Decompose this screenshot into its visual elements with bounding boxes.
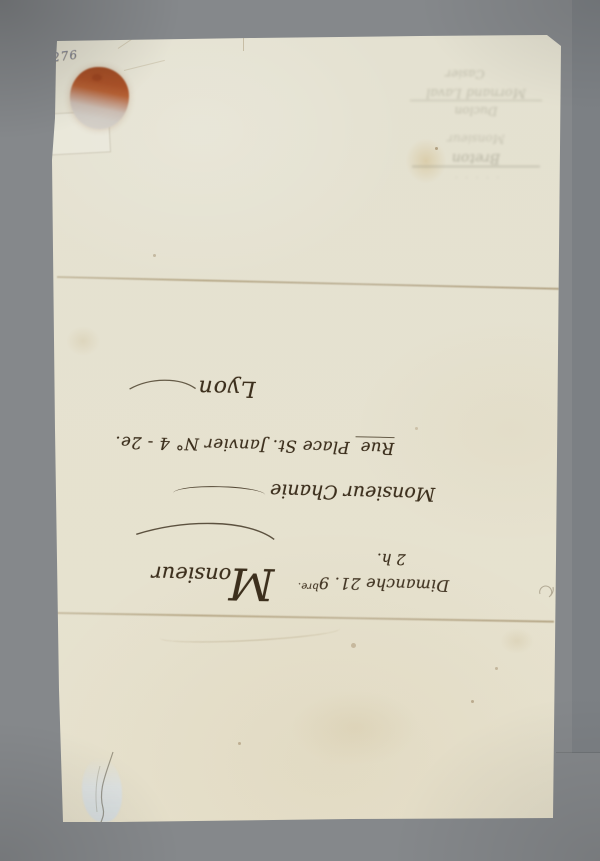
crease [118,13,170,48]
street-word: Rue [355,436,394,458]
showthrough-line: Monsieur [416,133,536,145]
photograph: 276 Casier Mornand Laval Duclon Monsieur… [0,0,600,861]
showthrough-line: Breton [412,151,540,167]
pen-flourish [127,375,197,393]
crease [124,60,165,71]
date-superscript: bre. [298,580,319,591]
address-block: Dimanche 21. 9bre. 2 h. Monsieur Monsieu… [52,320,463,599]
damage-patch [82,758,122,822]
stain [290,690,420,766]
time-line: 2 h. [377,550,406,569]
showthrough-line: Mornand Laval [410,86,542,101]
salutation-initial: M [231,557,275,609]
showthrough-line: Casier [410,68,520,80]
salutation-line: Monsieur [151,562,274,594]
crease [160,621,341,645]
pencil-note: 276 [51,47,78,64]
showthrough-line: Duclon [420,105,532,117]
stain [500,628,534,654]
backdrop-seam [556,752,600,753]
recipient-title: Monsieur [344,481,436,505]
salutation-rest: onsieur [151,562,231,588]
crease [243,38,244,51]
recipient-name: Chanie [270,479,338,503]
letter-sheet: 276 Casier Mornand Laval Duclon Monsieur… [0,0,600,861]
backdrop-shade [572,0,600,753]
date-line: Dimanche 21. 9bre. [298,573,450,595]
date-text: Dimanche 21. 9 [319,573,450,595]
city-name: Lyon [197,375,256,401]
street-line: Rue Place St. Janvier N° 4 - 2e. [115,433,395,458]
fold-line-upper [57,276,559,290]
showthrough-block: Casier Mornand Laval Duclon Monsieur Bre… [410,68,542,181]
pen-flourish [173,485,265,496]
recipient-line: Monsieur Chanie [173,477,436,505]
wax-seal-speck [92,74,102,81]
city-line: Lyon [127,373,256,401]
ink-flourish-mark [536,580,558,602]
fold-line-lower [57,612,554,623]
showthrough-line: · · · · · [410,171,542,181]
pen-flourish [130,514,281,543]
street-rest: Place St. Janvier N° 4 - 2e. [115,433,350,457]
